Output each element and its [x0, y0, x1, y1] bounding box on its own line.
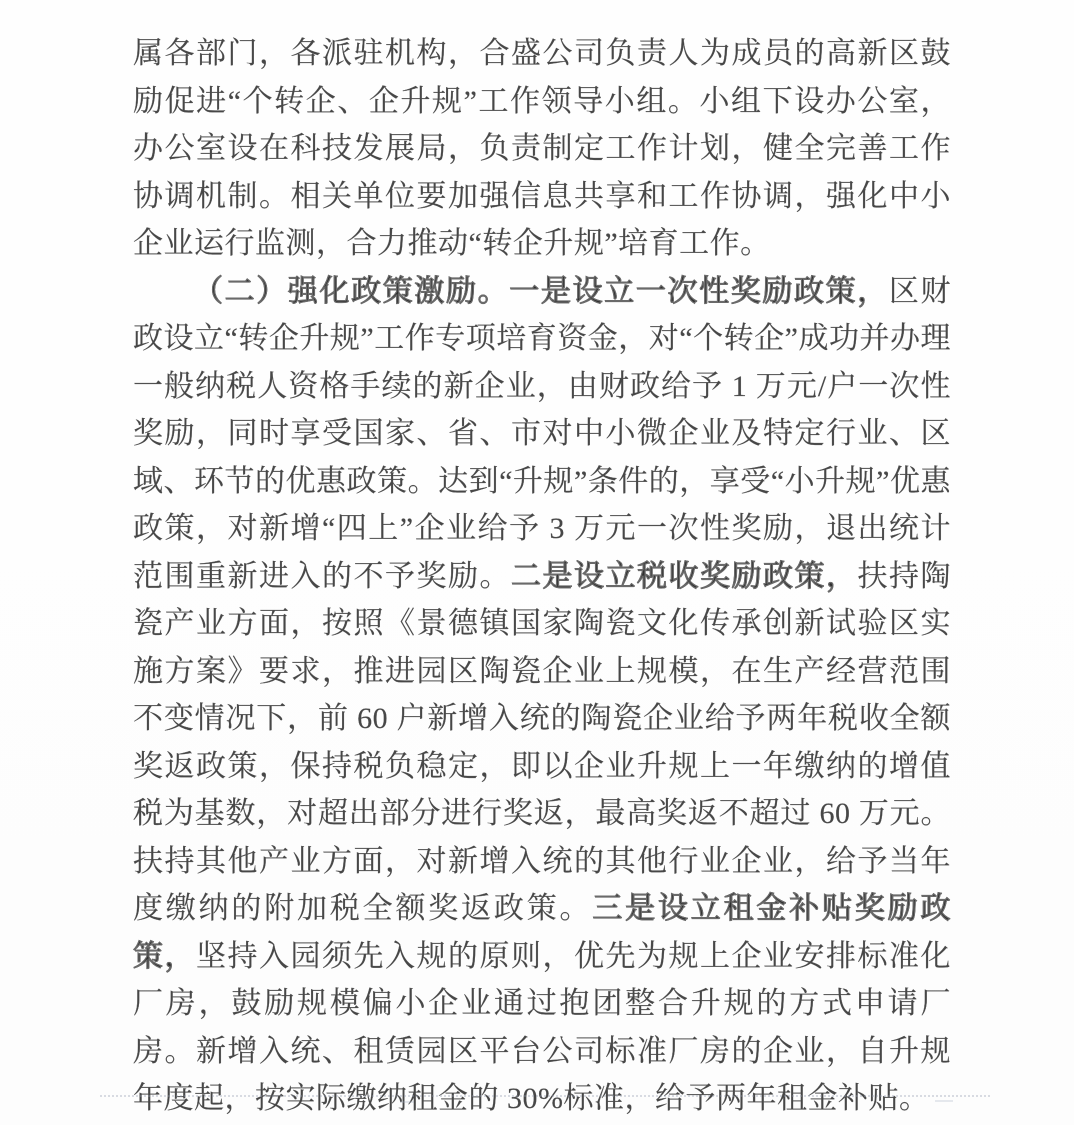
scan-artifact-speck — [400, 1101, 414, 1103]
section-heading-run: （二）强化政策激励。一是设立一次性奖励政策， — [193, 275, 889, 308]
document-page: 属各部门，各派驻机构，合盛公司负责人为成员的高新区鼓励促进“个转企、企升规”工作… — [0, 0, 1074, 1125]
body-text-run: 扶持陶瓷产业方面，按照《景德镇国家陶瓷文化传承创新试验区实施方案》要求，推进园区… — [133, 560, 951, 926]
subpoint-heading-run: 二是设立税收奖励政策， — [511, 560, 858, 593]
body-text-run: 坚持入园须先入规的原则，优先为规上企业安排标准化厂房，鼓励规模偏小企业通过抱团整… — [133, 940, 951, 1116]
scan-artifact-speck — [935, 1100, 953, 1102]
body-text-run: 属各部门，各派驻机构，合盛公司负责人为成员的高新区鼓励促进“个转企、企升规”工作… — [133, 37, 951, 260]
paragraph-continuation: 属各部门，各派驻机构，合盛公司负责人为成员的高新区鼓励促进“个转企、企升规”工作… — [133, 30, 951, 268]
body-text-run: 区财政设立“转企升规”工作专项培育资金，对“个转企”成功并办理一般纳税人资格手续… — [133, 275, 951, 593]
scan-artifact-line — [100, 1095, 990, 1097]
paragraph-policy-incentives: （二）强化政策激励。一是设立一次性奖励政策，区财政设立“转企升规”工作专项培育资… — [133, 268, 951, 1123]
document-text-block: 属各部门，各派驻机构，合盛公司负责人为成员的高新区鼓励促进“个转企、企升规”工作… — [133, 30, 951, 1123]
